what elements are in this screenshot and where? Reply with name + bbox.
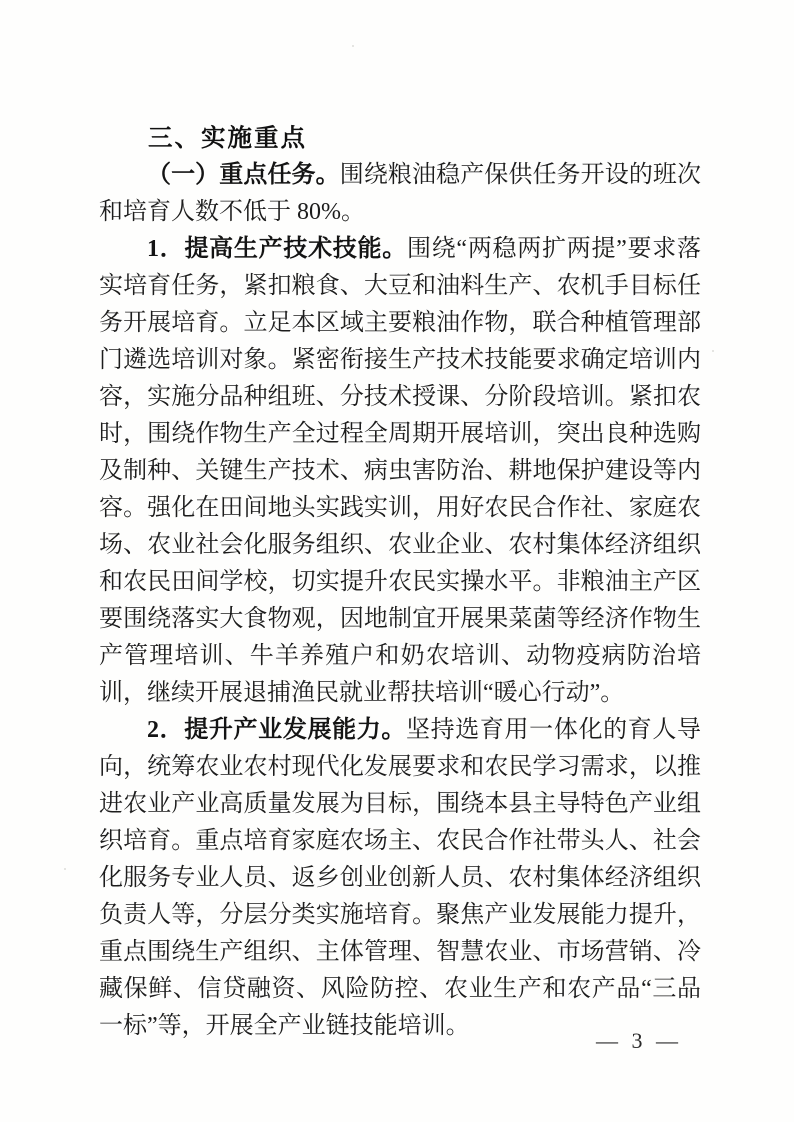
paragraph-lead: （一）重点任务。 xyxy=(147,162,340,188)
scan-speck xyxy=(64,868,66,870)
paragraph-text: 坚持选育用一体化的育人导向，统筹农业农村现代化发展要求和农民学习需求，以推进农业… xyxy=(99,717,701,1039)
scan-speck xyxy=(712,350,714,352)
document-body: 三、实施重点 （一）重点任务。围绕粮油稳产保供任务开设的班次和培育人数不低于 8… xyxy=(99,120,701,1045)
paragraph-text: 围绕“两稳两扩两提”要求落实培育任务，紧扣粮食、大豆和油料生产、农机手目标任务开… xyxy=(99,236,701,706)
paragraph-industry-capability: 2．提升产业发展能力。坚持选育用一体化的育人导向，统筹农业农村现代化发展要求和农… xyxy=(99,712,701,1045)
paragraph-lead: 2．提升产业发展能力。 xyxy=(147,717,406,743)
scan-speck xyxy=(352,45,354,47)
paragraph-production-skills: 1．提高生产技术技能。围绕“两稳两扩两提”要求落实培育任务，紧扣粮食、大豆和油料… xyxy=(99,231,701,712)
page-number: — 3 — xyxy=(596,1028,682,1054)
document-page: 三、实施重点 （一）重点任务。围绕粮油稳产保供任务开设的班次和培育人数不低于 8… xyxy=(0,0,794,1122)
paragraph-key-tasks: （一）重点任务。围绕粮油稳产保供任务开设的班次和培育人数不低于 80%。 xyxy=(99,157,701,231)
paragraph-lead: 1．提高生产技术技能。 xyxy=(147,236,407,262)
section-heading: 三、实施重点 xyxy=(99,120,701,157)
